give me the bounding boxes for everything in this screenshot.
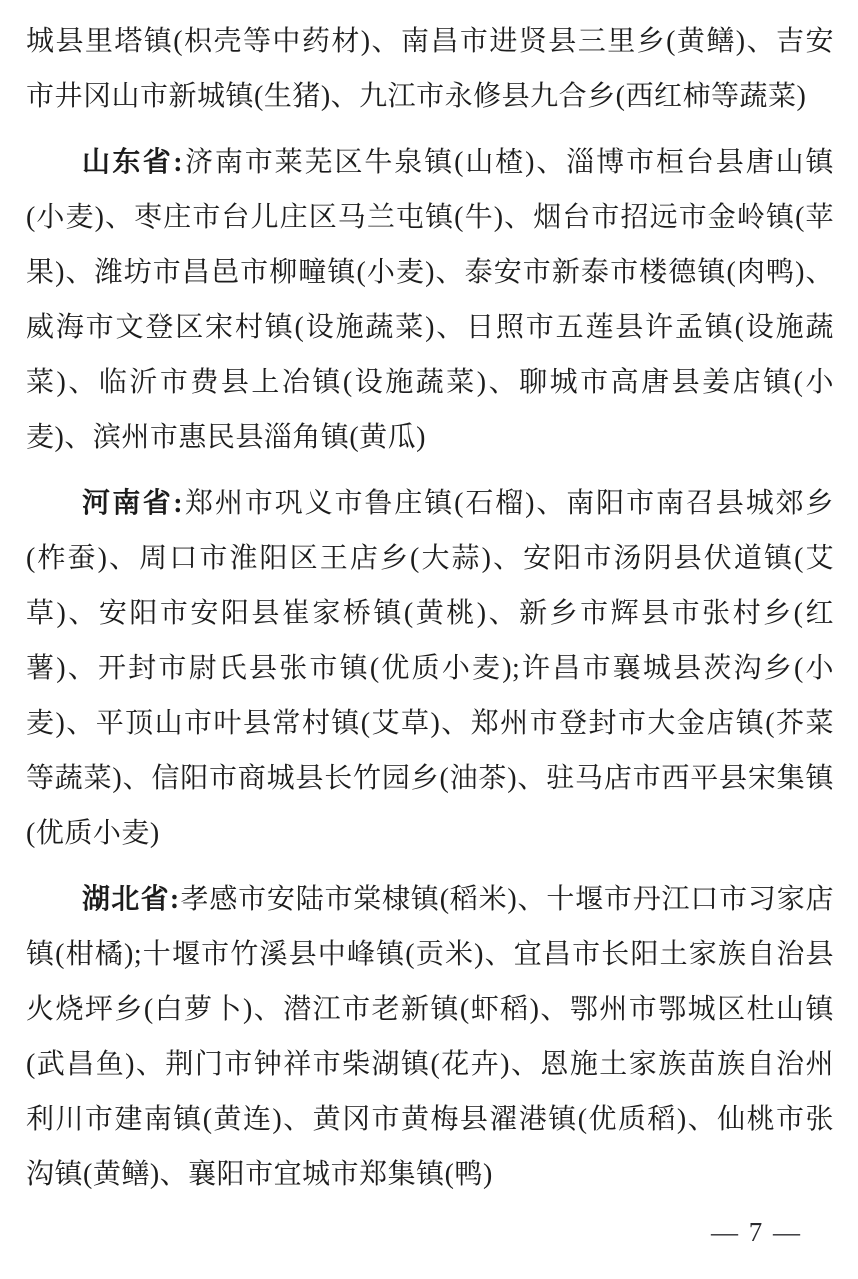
paragraph-text: 郑州市巩义市鲁庄镇(石榴)、南阳市南召县城郊乡(柞蚕)、周口市淮阳区王店乡(大蒜… (26, 488, 834, 849)
paragraph-text: 济南市莱芜区牛泉镇(山楂)、淄博市桓台县唐山镇(小麦)、枣庄市台儿庄区马兰屯镇(… (26, 147, 834, 453)
paragraph-hubei: 湖北省:孝感市安陆市棠棣镇(稻米)、十堰市丹江口市习家店镇(柑橘);十堰市竹溪县… (26, 872, 834, 1202)
paragraph-continuation-jiangxi: 城县里塔镇(枳壳等中药材)、南昌市进贤县三里乡(黄鳝)、吉安市井冈山市新城镇(生… (26, 14, 834, 124)
province-label-henan: 河南省: (82, 488, 184, 519)
paragraph-henan: 河南省:郑州市巩义市鲁庄镇(石榴)、南阳市南召县城郊乡(柞蚕)、周口市淮阳区王店… (26, 476, 834, 861)
paragraph-text: 孝感市安陆市棠棣镇(稻米)、十堰市丹江口市习家店镇(柑橘);十堰市竹溪县中峰镇(… (26, 884, 834, 1190)
page-number: — 7 — (711, 1212, 802, 1252)
paragraph-text: 城县里塔镇(枳壳等中药材)、南昌市进贤县三里乡(黄鳝)、吉安市井冈山市新城镇(生… (26, 26, 834, 112)
province-label-shandong: 山东省: (82, 147, 184, 178)
paragraph-shandong: 山东省:济南市莱芜区牛泉镇(山楂)、淄博市桓台县唐山镇(小麦)、枣庄市台儿庄区马… (26, 135, 834, 465)
province-label-hubei: 湖北省: (82, 884, 180, 915)
document-page: 城县里塔镇(枳壳等中药材)、南昌市进贤县三里乡(黄鳝)、吉安市井冈山市新城镇(生… (0, 0, 858, 1279)
